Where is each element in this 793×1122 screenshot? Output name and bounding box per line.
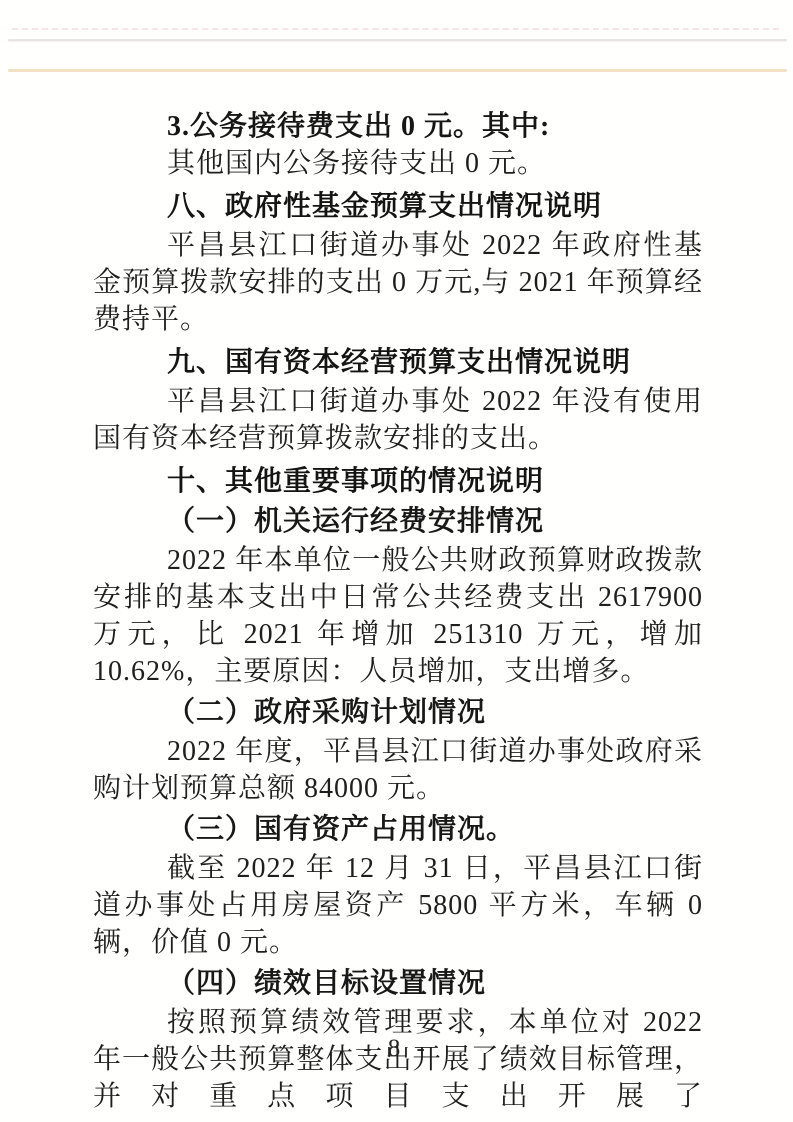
- para-operating-funds-detail: 2022 年本单位一般公共财政预算财政拨款安排的基本支出中日常公共经费支出 26…: [93, 542, 703, 690]
- para-state-capital-detail: 平昌县江口街道办事处 2022 年没有使用国有资本经营预算拨款安排的支出。: [93, 383, 703, 457]
- scan-artifact-gray-line: [8, 39, 787, 41]
- scan-artifact-tan-line: [8, 69, 787, 72]
- heading-section-8-govfund-budget: 八、政府性基金预算支出情况说明: [93, 187, 703, 224]
- scan-artifact-dashed-line: [12, 28, 779, 30]
- para-govfund-budget-detail: 平昌县江口街道办事处 2022 年政府性基金预算拨款安排的支出 0 万元,与 2…: [93, 227, 703, 338]
- para-procurement-detail: 2022 年度，平昌县江口街道办事处政府采购计划预算总额 84000 元。: [93, 733, 703, 807]
- document-page: 3.公务接待费支出 0 元。其中: 其他国内公务接待支出 0 元。 八、政府性基…: [0, 0, 793, 1122]
- subheading-4-performance-targets: （四）绩效目标设置情况: [93, 965, 703, 1002]
- subheading-3-state-assets: （三）国有资产占用情况。: [93, 811, 703, 848]
- para-reception-expense: 3.公务接待费支出 0 元。其中:: [93, 108, 703, 145]
- heading-section-10-other-matters: 十、其他重要事项的情况说明: [93, 462, 703, 499]
- subheading-1-operating-funds: （一）机关运行经费安排情况: [93, 503, 703, 540]
- page-number: - 8 -: [0, 1030, 793, 1067]
- document-body: 3.公务接待费支出 0 元。其中: 其他国内公务接待支出 0 元。 八、政府性基…: [93, 108, 703, 1115]
- para-other-domestic-reception: 其他国内公务接待支出 0 元。: [93, 145, 703, 182]
- para-state-assets-detail: 截至 2022 年 12 月 31 日，平昌县江口街道办事处占用房屋资产 580…: [93, 850, 703, 961]
- heading-section-9-state-capital-budget: 九、国有资本经营预算支出情况说明: [93, 343, 703, 380]
- subheading-2-procurement-plan: （二）政府采购计划情况: [93, 694, 703, 731]
